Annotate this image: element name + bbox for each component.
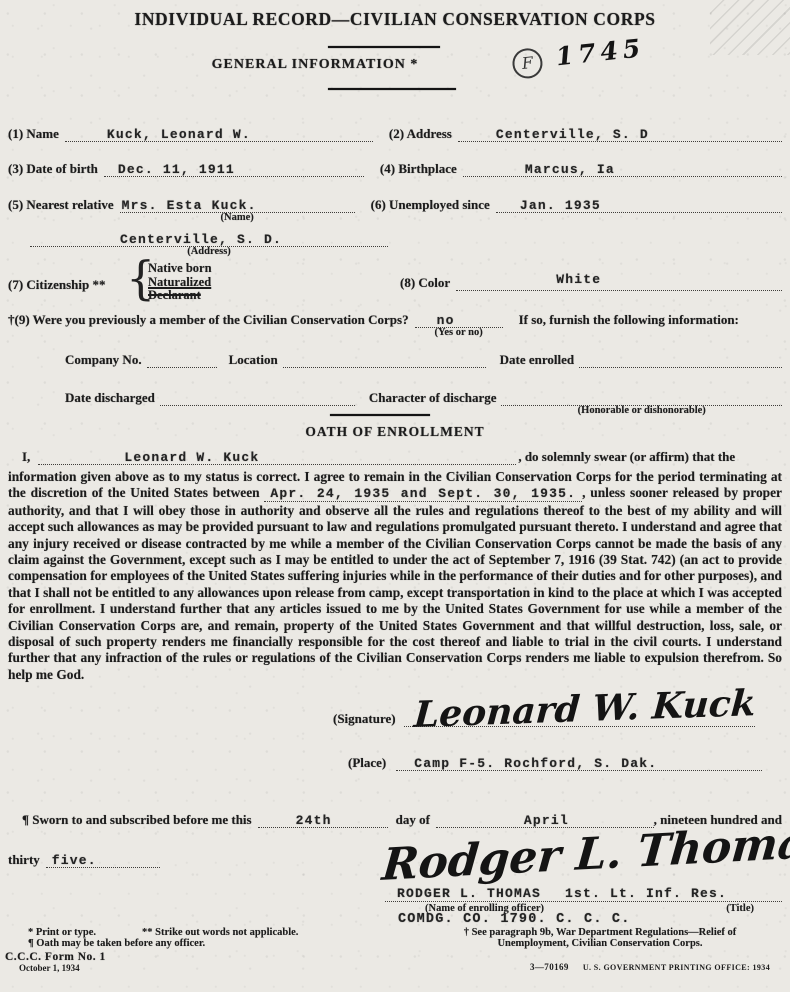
print-code: 3—70169 bbox=[530, 962, 569, 972]
question9-answer-field: no (Yes or no) bbox=[415, 312, 503, 328]
honorable-hint: (Honorable or dishonorable) bbox=[501, 405, 782, 416]
oath-text-part2: , unless sooner released by proper autho… bbox=[8, 485, 782, 681]
name-hint: (Name) bbox=[120, 212, 355, 223]
relative-address-value: Centerville, S. D. bbox=[120, 232, 282, 247]
officer-command: COMDG. CO. 1790. C. C. C. bbox=[398, 912, 631, 927]
section-divider bbox=[330, 414, 430, 416]
company-no-field bbox=[147, 352, 217, 368]
row-relative-address: Centerville, S. D. (Address) bbox=[30, 231, 388, 247]
oath-line1-suffix: , do solemnly swear (or affirm) that the bbox=[518, 449, 735, 465]
row-signature: (Signature) Leonard W. Kuck bbox=[333, 688, 728, 727]
place-label: (Place) bbox=[348, 755, 386, 771]
day-of-label: day of bbox=[396, 812, 430, 828]
month-value: April bbox=[524, 813, 569, 828]
address-hint: (Address) bbox=[30, 246, 388, 257]
name-value: Kuck, Leonard W. bbox=[107, 127, 251, 142]
date-discharged-label: Date discharged bbox=[65, 390, 155, 406]
birthplace-label: (4) Birthplace bbox=[380, 161, 457, 177]
footnote-see-paragraph-1: † See paragraph 9b, War Department Regul… bbox=[430, 927, 770, 938]
day-value: 24th bbox=[296, 813, 332, 828]
question9-answer-value: no bbox=[437, 313, 455, 328]
officer-name-field: RODGER L. THOMAS 1st. Lt. Inf. Res. bbox=[385, 886, 782, 902]
title-divider bbox=[328, 46, 440, 48]
oath-paragraph: information given above as to my status … bbox=[8, 469, 782, 683]
unemployed-since-field: Jan. 1935 bbox=[496, 197, 782, 213]
officer-title-typed: 1st. Lt. Inf. Res. bbox=[565, 886, 727, 901]
thirty-label: thirty bbox=[8, 852, 40, 868]
form-number-block: C.C.C. Form No. 1 October 1, 1934 bbox=[5, 951, 106, 973]
question9-label: †(9) Were you previously a member of the… bbox=[8, 312, 409, 328]
citizenship-option-naturalized: Naturalized bbox=[148, 276, 212, 289]
date-enrolled-label: Date enrolled bbox=[500, 352, 575, 368]
row-question9: †(9) Were you previously a member of the… bbox=[8, 312, 782, 328]
row-discharge: Date discharged Character of discharge (… bbox=[65, 390, 782, 406]
printing-office-block: 3—70169 U. S. GOVERNMENT PRINTING OFFICE… bbox=[530, 962, 770, 972]
row-place: (Place) Camp F-5. Rochford, S. Dak. bbox=[348, 755, 762, 771]
form-number: C.C.C. Form No. 1 bbox=[5, 951, 106, 963]
relative-address-field: Centerville, S. D. (Address) bbox=[30, 231, 388, 247]
month-field: April bbox=[436, 812, 654, 828]
footnote-oath-officer: ¶ Oath may be taken before any officer. bbox=[28, 938, 298, 949]
form-date: October 1, 1934 bbox=[19, 963, 106, 973]
nearest-relative-field: Mrs. Esta Kuck. (Name) bbox=[120, 197, 355, 213]
printing-office: U. S. GOVERNMENT PRINTING OFFICE: 1934 bbox=[583, 963, 770, 972]
citizenship-block: (7) Citizenship ** bbox=[8, 276, 106, 294]
oath-name-field: Leonard W. Kuck bbox=[38, 449, 516, 465]
oath-heading: OATH OF ENROLLMENT bbox=[0, 424, 790, 440]
officer-name-typed: RODGER L. THOMAS bbox=[397, 886, 541, 901]
row-oath-line1: I, Leonard W. Kuck , do solemnly swear (… bbox=[22, 449, 782, 465]
name-field: Kuck, Leonard W. bbox=[65, 126, 373, 142]
year-field: five. bbox=[46, 852, 160, 868]
oath-dates-value: Apr. 24, 1935 and Sept. 30, 1935. bbox=[264, 486, 582, 502]
address-value: Centerville, S. D bbox=[496, 127, 649, 142]
row-company: Company No. Location Date enrolled bbox=[65, 352, 782, 368]
character-of-discharge-label: Character of discharge bbox=[369, 390, 497, 406]
row-birth: (3) Date of birth Dec. 11, 1911 (4) Birt… bbox=[8, 161, 782, 177]
citizenship-option-declarant: Declarant bbox=[148, 289, 212, 302]
citizenship-label: (7) Citizenship ** bbox=[8, 277, 106, 292]
officer-signature-script: Rodger L. Thomas bbox=[380, 816, 790, 891]
date-discharged-field bbox=[160, 390, 355, 406]
footnotes-left: * Print or type. ** Strike out words not… bbox=[28, 927, 298, 949]
date-enrolled-field bbox=[579, 352, 782, 368]
row-relative-unemployed: (5) Nearest relative Mrs. Esta Kuck. (Na… bbox=[8, 197, 782, 213]
row-color: (8) Color White bbox=[400, 272, 782, 291]
nearest-relative-label: (5) Nearest relative bbox=[8, 197, 114, 213]
color-value: White bbox=[556, 272, 601, 287]
form-title: INDIVIDUAL RECORD—CIVILIAN CONSERVATION … bbox=[0, 9, 790, 30]
place-value: Camp F-5. Rochford, S. Dak. bbox=[414, 756, 657, 771]
location-label: Location bbox=[229, 352, 278, 368]
footnote-see-paragraph-2: Unemployment, Civilian Conservation Corp… bbox=[430, 938, 770, 949]
footnotes-right: † See paragraph 9b, War Department Regul… bbox=[430, 927, 770, 949]
year-value: five. bbox=[52, 853, 97, 868]
color-field: White bbox=[456, 272, 782, 291]
unemployed-since-label: (6) Unemployed since bbox=[371, 197, 490, 213]
oath-i-label: I, bbox=[22, 449, 30, 465]
date-of-birth-label: (3) Date of birth bbox=[8, 161, 98, 177]
place-field: Camp F-5. Rochford, S. Dak. bbox=[396, 755, 762, 771]
footnote-print-or-type: * Print or type. bbox=[28, 927, 96, 938]
ccc-individual-record-form: INDIVIDUAL RECORD—CIVILIAN CONSERVATION … bbox=[0, 0, 790, 992]
signature-field: Leonard W. Kuck bbox=[404, 688, 756, 727]
nearest-relative-value: Mrs. Esta Kuck. bbox=[122, 198, 257, 213]
color-label: (8) Color bbox=[400, 275, 450, 291]
name-label: (1) Name bbox=[8, 126, 59, 142]
unemployed-since-value: Jan. 1935 bbox=[520, 198, 601, 213]
character-of-discharge-field: (Honorable or dishonorable) bbox=[501, 390, 782, 406]
birthplace-value: Marcus, Ia bbox=[525, 162, 615, 177]
row-year: thirty five. bbox=[8, 852, 160, 868]
signature-label: (Signature) bbox=[333, 711, 396, 727]
stamp-number: 1745 bbox=[554, 33, 646, 71]
row-name-address: (1) Name Kuck, Leonard W. (2) Address Ce… bbox=[8, 126, 782, 142]
subtitle-divider bbox=[328, 88, 456, 90]
sworn-prefix: ¶ Sworn to and subscribed before me this bbox=[22, 812, 252, 828]
title-hint: (Title) bbox=[726, 903, 754, 914]
stamp-circled-letter: F bbox=[511, 46, 544, 79]
citizenship-options: Native born Naturalized Declarant bbox=[148, 262, 212, 302]
date-of-birth-value: Dec. 11, 1911 bbox=[118, 162, 235, 177]
day-field: 24th bbox=[258, 812, 388, 828]
yes-or-no-hint: (Yes or no) bbox=[415, 327, 503, 338]
enrollee-signature-script: Leonard W. Kuck bbox=[412, 682, 757, 736]
question9-suffix: If so, furnish the following information… bbox=[519, 312, 739, 328]
address-label: (2) Address bbox=[389, 126, 452, 142]
officer-signature-script-wrap: Rodger L. Thomas bbox=[382, 828, 790, 879]
location-field bbox=[283, 352, 486, 368]
address-field: Centerville, S. D bbox=[458, 126, 782, 142]
footnote-strike-out: ** Strike out words not applicable. bbox=[142, 927, 298, 938]
birthplace-field: Marcus, Ia bbox=[463, 161, 782, 177]
oath-name-value: Leonard W. Kuck bbox=[124, 450, 259, 465]
company-no-label: Company No. bbox=[65, 352, 142, 368]
date-of-birth-field: Dec. 11, 1911 bbox=[104, 161, 364, 177]
citizenship-option-native-born: Native born bbox=[148, 262, 212, 275]
